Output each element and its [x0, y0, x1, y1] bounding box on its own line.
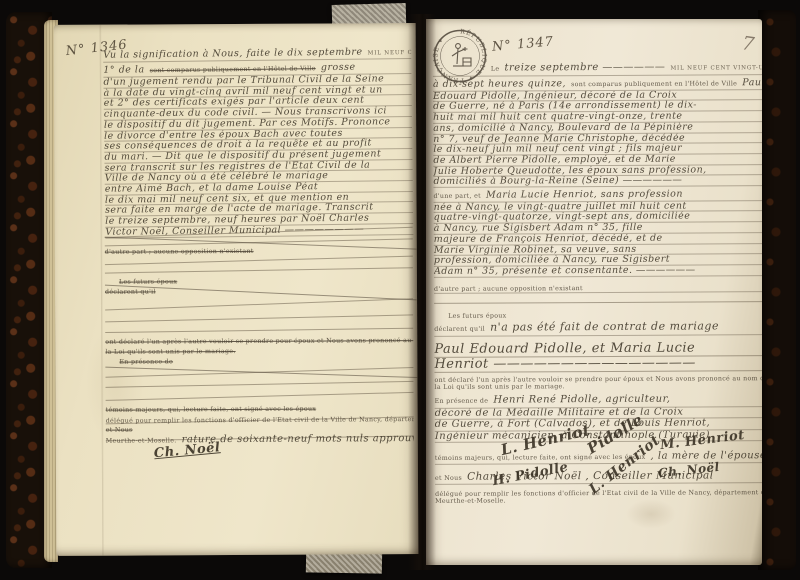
date-line: Le treize septembre —————— MIL NEUF CENT… [433, 58, 762, 77]
form-label-et-nous: et Nous [435, 475, 462, 482]
printed-struck-text: sont comparus publiquement en l'Hôtel de… [150, 65, 316, 74]
form-label-loi: la Loi qu'ils sont unis par le mariage. [435, 382, 762, 391]
act-handwritten-block: Edouard Pidolle, Ingénieur, décoré de la… [433, 90, 762, 188]
printed-year: MIL NEUF CENT VINGT-UN [368, 49, 412, 56]
act-line: à dix-sept heures quinze, sont comparus … [433, 75, 762, 91]
form-label-temoins: témoins majeurs, qui, lecture faite, ont… [435, 454, 646, 462]
act-line: Adam n° 35, présente et consentante. ———… [434, 265, 762, 277]
handwritten-text: Paul [742, 77, 762, 88]
form-label-declarent: déclarent qu'il [105, 288, 156, 295]
handwritten-text: à dix-sept heures quinze, [433, 78, 566, 90]
spouses-names: Henriot ——————————————— [434, 356, 762, 373]
form-label-en-presence: En présence de [119, 358, 173, 365]
act-handwritten-block: d'un jugement rendu par le Tribunal Civi… [103, 74, 413, 238]
register-book: N° 1346 Vu la signification à Nous, fait… [0, 0, 800, 580]
form-label-en-presence: En présence de [435, 398, 489, 405]
closing-section: délégué pour remplir les fonctions d'off… [106, 416, 414, 447]
blank-rule [105, 328, 413, 333]
blank-rule [105, 298, 413, 310]
act-number: N° 1347 [491, 34, 554, 54]
spouses-names: Paul Edouard Pidolle, et Maria Lucie [434, 341, 762, 358]
right-page: RÉPUBLIQUE ✦ FRANÇAISE ✦ N° 1347 7 Le tr… [426, 19, 762, 565]
handwritten-text: Vu la signification à Nous, faite le dix… [103, 47, 363, 61]
act-line: d'une part, et Maria Lucie Henriot, sans… [434, 186, 762, 202]
form-label-autre-part: d'autre part ; aucune opposition n'exist… [105, 248, 254, 256]
blank-rule [106, 381, 414, 387]
blank-rule [105, 256, 413, 265]
handwritten-witness: Henri René Pidolle, agriculteur, [493, 394, 670, 406]
blank-rule [105, 314, 413, 321]
form-label-delegue: délégué pour remplir les fonctions d'off… [106, 416, 414, 425]
form-label-temoins: témoins majeurs, qui, lecture faite, ont… [106, 406, 317, 414]
handwritten-text: grosse [321, 62, 356, 73]
form-label-loi: la Loi qu'ils sont unis par le mariage. [105, 348, 235, 356]
handwritten-text: 1° de la [103, 64, 144, 76]
printed-year: MIL NEUF CENT VINGT-UN [671, 65, 762, 72]
form-label-departement: Meurthe-et-Moselle. [435, 496, 762, 505]
handwritten-date: treize septembre —————— [504, 62, 665, 74]
folio-number: 7 [741, 32, 756, 55]
contract-line: déclarent qu'il n'a pas été fait de cont… [434, 318, 762, 337]
form-label-ont-declare: ont déclaré l'un après l'autre vouloir s… [105, 337, 413, 346]
blank-rule [434, 301, 762, 303]
printed-text: sont comparus publiquement en l'Hôtel de… [571, 80, 737, 88]
form-label-declarent: déclarent qu'il [434, 326, 485, 333]
blank-rule [105, 267, 413, 273]
printed-dune-part: d'une part, et [434, 193, 481, 200]
handwritten-text: Maria Lucie Henriot, sans profession [486, 189, 683, 201]
printed-le: Le [491, 66, 500, 73]
form-label-autre-part: d'autre part ; aucune opposition n'exist… [434, 284, 762, 294]
blank-rule [106, 392, 414, 401]
book-cover-right [758, 10, 796, 570]
handwritten-contract: n'a pas été fait de contrat de mariage [490, 320, 719, 334]
presence-line: En présence de Henri René Pidolle, agric… [435, 391, 762, 408]
scanned-register-spread: { "left_page": { "act_number": "N° 1346"… [0, 0, 800, 580]
form-label-departement: Meurthe-et-Moselle. [106, 437, 177, 444]
act-body: Vu la signification à Nous, faite le dix… [103, 44, 413, 238]
left-page: N° 1346 Vu la signification à Nous, fait… [54, 23, 419, 556]
form-label-futurs-epoux: Les futurs époux [119, 278, 177, 285]
act-handwritten-block: née à Nancy, le vingt-quatre juillet mil… [434, 201, 762, 278]
